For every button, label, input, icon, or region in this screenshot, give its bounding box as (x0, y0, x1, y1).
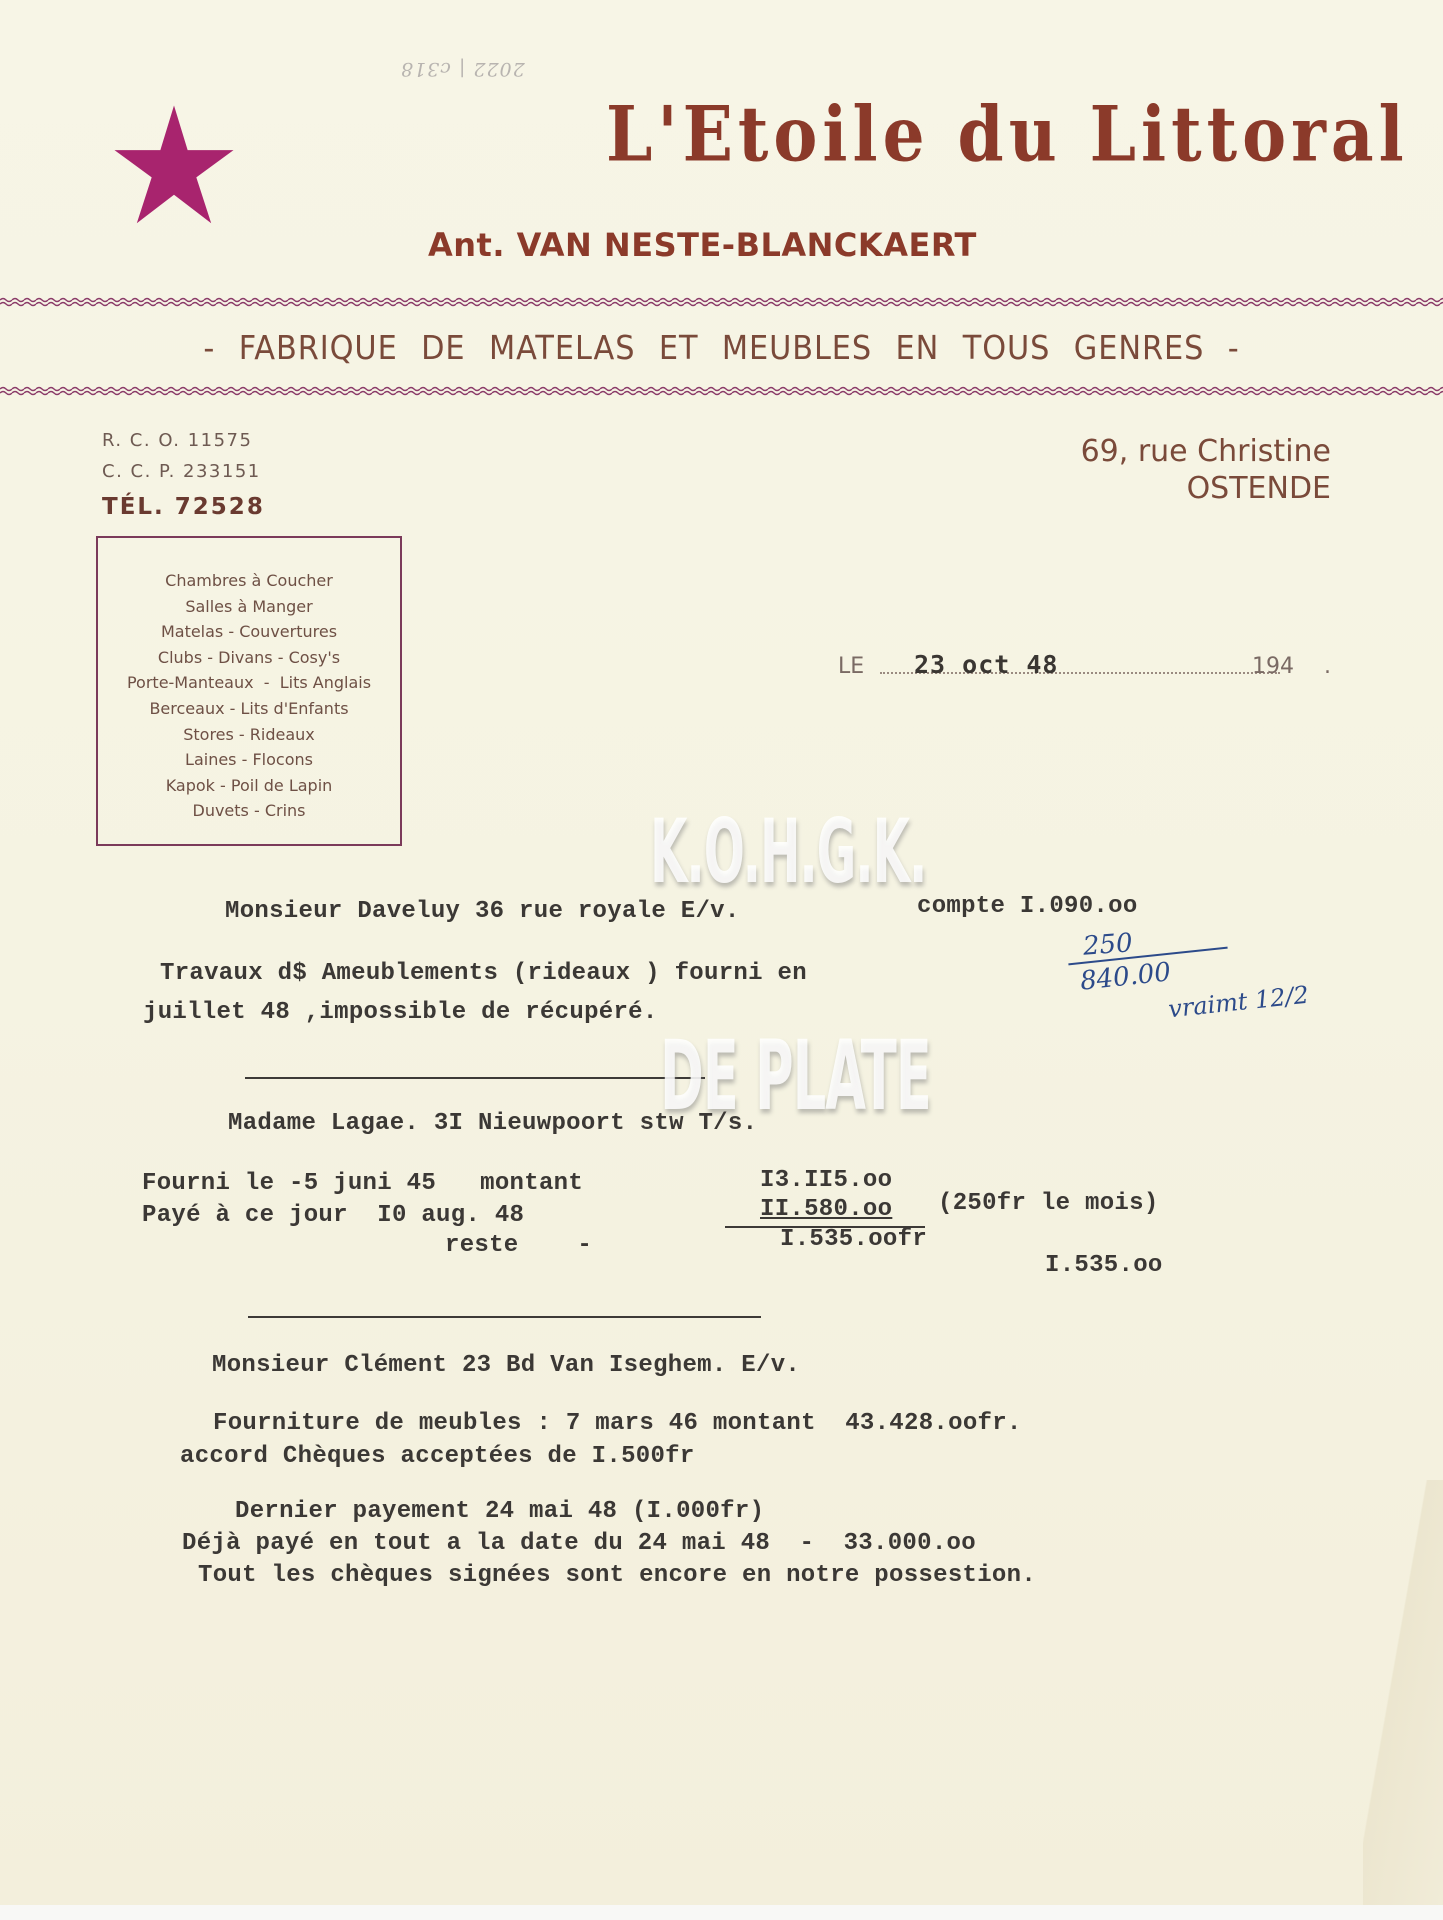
clement-header: Monsieur Clément 23 Bd Van Iseghem. E/v. (212, 1352, 800, 1379)
typed-date: 23 oct 48 (914, 650, 1058, 679)
product-item: Stores - Rideaux (98, 722, 400, 748)
company-address: 69, rue Christine OSTENDE (1081, 434, 1331, 507)
telephone-number: TÉL. 72528 (102, 494, 265, 520)
lagae-header: Madame Lagae. 3I Nieuwpoort stw T/s. (228, 1110, 757, 1137)
clement-line-4: Déjà payé en tout a la date du 24 mai 48… (182, 1530, 976, 1557)
daveluy-header: Monsieur Daveluy 36 rue royale E/v. (225, 898, 740, 925)
separator-rule-1 (245, 1077, 705, 1079)
rco-number: R. C. O. 11575 (102, 430, 265, 461)
company-name: L'Etoile du Littoral (606, 96, 1346, 172)
lagae-row-2-note: (250fr le mois) (938, 1190, 1159, 1217)
date-year-prefix: 194 (1252, 654, 1294, 679)
daveluy-line-1: Travaux d$ Ameublements (rideaux ) fourn… (160, 960, 807, 987)
product-item: Porte-Manteaux - Lits Anglais (98, 670, 400, 696)
decorative-wave-rule-top (0, 297, 1443, 307)
separator-rule-2 (248, 1316, 761, 1318)
product-item: Kapok - Poil de Lapin (98, 773, 400, 799)
address-city: OSTENDE (1081, 471, 1331, 508)
company-owner: Ant. VAN NESTE-BLANCKAERT (428, 226, 977, 264)
registration-block: R. C. O. 11575 C. C. P. 233151 TÉL. 7252… (102, 430, 265, 520)
date-suffix: . (1324, 654, 1331, 679)
ccp-number: C. C. P. 233151 (102, 461, 265, 492)
clement-line-2: accord Chèques acceptées de I.500fr (180, 1443, 695, 1470)
product-item: Matelas - Couvertures (98, 619, 400, 645)
lagae-row-2-label: Payé à ce jour I0 aug. 48 (142, 1202, 524, 1229)
lagae-row-2-value: II.580.oo (760, 1196, 892, 1223)
product-item: Berceaux - Lits d'Enfants (98, 696, 400, 722)
lagae-row-1-value: I3.II5.oo (760, 1167, 892, 1194)
daveluy-line-2: juillet 48 ,impossible de récupéré. (143, 999, 658, 1026)
products-list-box: Chambres à Coucher Salles à Manger Matel… (96, 536, 402, 846)
date-prefix: LE (838, 654, 864, 679)
product-item: Chambres à Coucher (98, 568, 400, 594)
lagae-total: I.535.oo (1045, 1252, 1163, 1279)
daveluy-account: compte I.090.oo (917, 893, 1138, 920)
folded-page-edge (1363, 1480, 1443, 1920)
address-street: 69, rue Christine (1081, 434, 1331, 471)
product-item: Laines - Flocons (98, 747, 400, 773)
watermark-top: K.O.H.G.K. (650, 800, 926, 903)
clement-line-1: Fourniture de meubles : 7 mars 46 montan… (213, 1410, 1022, 1437)
product-item: Duvets - Crins (98, 798, 400, 824)
company-tagline: - FABRIQUE DE MATELAS ET MEUBLES EN TOUS… (58, 328, 1386, 367)
lagae-row-3-value: I.535.oofr (780, 1226, 927, 1253)
lagae-row-1-label: Fourni le -5 juni 45 montant (142, 1170, 583, 1197)
product-item: Salles à Manger (98, 594, 400, 620)
decorative-wave-rule-bottom (0, 386, 1443, 396)
clement-line-5: Tout les chèques signées sont encore en … (198, 1562, 1036, 1589)
star-icon (112, 103, 236, 227)
pencil-archive-note: 2022 | c318 (400, 58, 525, 80)
date-line: LE 23 oct 48 194 . (838, 650, 1338, 686)
clement-line-3: Dernier payement 24 mai 48 (I.000fr) (235, 1498, 764, 1525)
product-item: Clubs - Divans - Cosy's (98, 645, 400, 671)
page-bottom-margin (0, 1905, 1443, 1920)
lagae-row-3-label: reste - (445, 1232, 592, 1259)
